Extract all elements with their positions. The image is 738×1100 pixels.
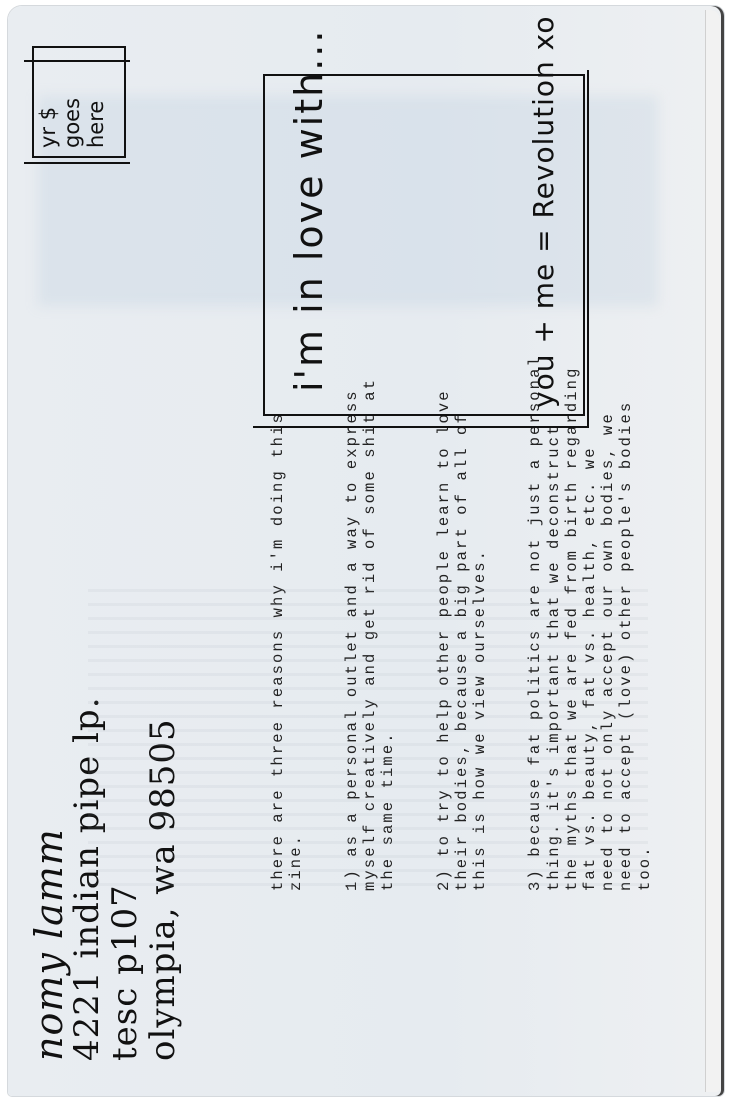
address-unit: tesc p107 [106,697,144,1062]
love-box: i'm in love with... you + me = Revolutio… [263,74,585,416]
price-line-1: yr $ [36,98,60,148]
price-box: yr $ goes here [32,46,126,158]
price-line-2: goes [60,98,84,148]
love-heading: i'm in love with... [287,29,331,392]
address-city: olympia, wa 98505 [144,697,182,1062]
price-text: yr $ goes here [36,98,108,148]
rotated-content: nomy lamm 4221 indian pipe lp. tesc p107… [8,6,738,1100]
address-street: 4221 indian pipe lp. [68,697,106,1062]
price-line-3: here [84,98,108,148]
address-name: nomy lamm [30,697,68,1062]
zine-page: nomy lamm 4221 indian pipe lp. tesc p107… [8,6,724,1096]
love-equation: you + me = Revolution xo [527,16,560,409]
mailing-address: nomy lamm 4221 indian pipe lp. tesc p107… [30,697,182,1062]
